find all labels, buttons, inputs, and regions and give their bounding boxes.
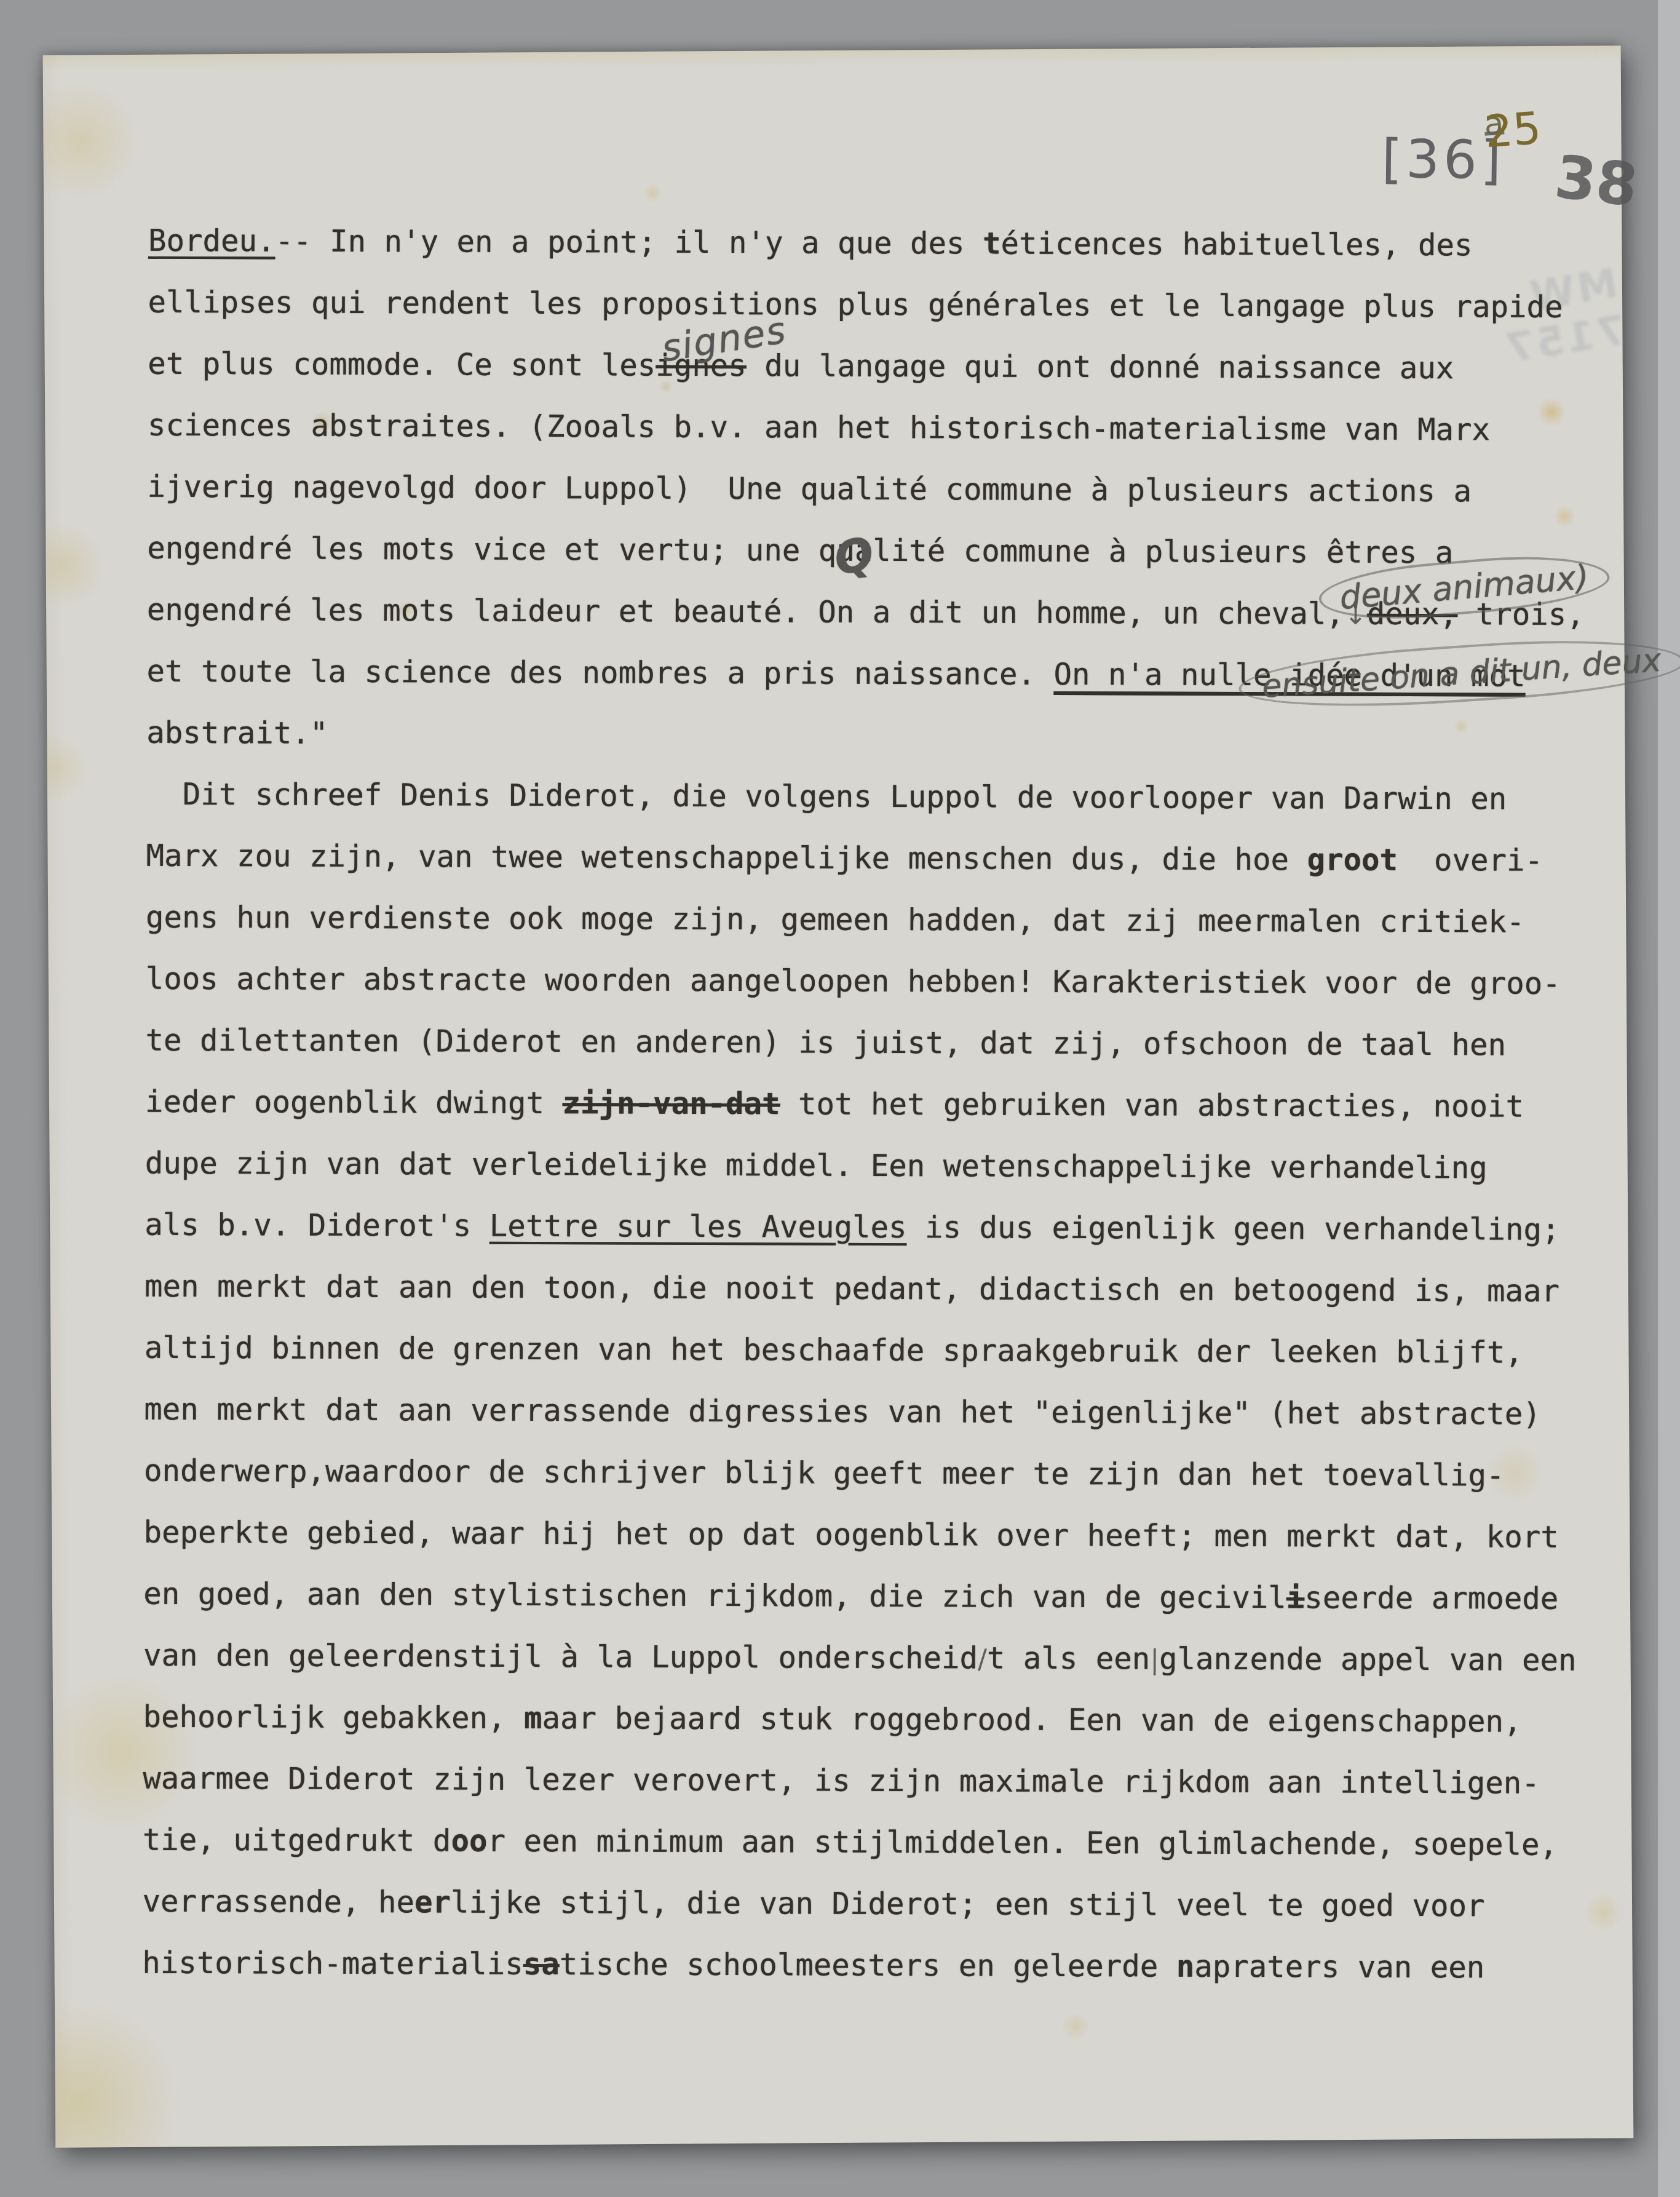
text-segment: n (1176, 1949, 1195, 1984)
scanner-bed-edge (1658, 0, 1680, 2197)
text-line: te dilettanten (Diderot en anderen) is j… (145, 1010, 1615, 1076)
text-segment: et plus commode. Ce sont les (148, 346, 656, 383)
text-line: gens hun verdienste ook moge zijn, gemee… (146, 887, 1615, 953)
text-segment: en goed, aan den stylistischen rijkdom, … (143, 1576, 1286, 1615)
text-segment: sa (523, 1947, 560, 1982)
text-segment: men merkt dat aan verrassende digressies… (144, 1392, 1541, 1432)
text-segment: Marx zou zijn, van twee wetenschappelijk… (146, 838, 1307, 878)
text-segment: zijn-van-dat (563, 1086, 780, 1121)
text-segment: beperkte gebied, waar hij het op dat oog… (144, 1515, 1559, 1555)
text-line: men merkt dat aan den toon, die nooit pe… (145, 1256, 1614, 1322)
typescript-text: Bordeu.-- In n'y en a point; il n'y a qu… (142, 210, 1618, 1999)
pencil-mark: | (1150, 1645, 1159, 1676)
text-segment: et toute la science des nombres a pris n… (146, 654, 1053, 692)
text-segment: i (1286, 1580, 1305, 1615)
text-segment: apraters van een (1194, 1949, 1484, 1985)
text-line: ieder oogenblik dwingt zijn-van-dat tot … (145, 1071, 1615, 1138)
text-segment: waarmee Diderot zijn lezer verovert, is … (143, 1761, 1540, 1801)
text-segment: als b.v. Diderot's (145, 1207, 489, 1244)
text-line: loos achter abstracte woorden aangeloope… (146, 948, 1615, 1015)
text-segment: men merkt dat aan den toon, die nooit pe… (145, 1269, 1559, 1309)
text-segment: ieder oogenblik dwingt (145, 1084, 563, 1121)
text-segment: groot (1307, 842, 1398, 878)
text-segment: t (983, 226, 1001, 261)
text-line: verrassende, heerlijke stijl, die van Di… (142, 1871, 1612, 1937)
text-line: Bordeu.-- In n'y en a point; il n'y a qu… (148, 210, 1618, 277)
text-segment: m (524, 1701, 542, 1736)
text-line: onderwerp,waardoor de schrijver blijk ge… (144, 1440, 1614, 1507)
text-line: en goed, aan den stylistischen rijkdom, … (143, 1563, 1613, 1630)
text-segment: t als een (987, 1641, 1151, 1677)
text-segment: altijd binnen de grenzen van het beschaa… (145, 1330, 1523, 1370)
text-line: dupe zijn van dat verleidelijke middel. … (145, 1133, 1615, 1199)
crossed-number-text: 25 (1483, 102, 1543, 158)
text-line: Dit schreef Denis Diderot, die volgens L… (146, 764, 1616, 830)
text-line: abstrait." (146, 702, 1616, 769)
text-segment: is dus eigenlijk geen verhandeling; (906, 1210, 1559, 1247)
text-line: men merkt dat aan verrassende digressies… (144, 1379, 1614, 1445)
text-line: ellipses qui rendent les propositions pl… (148, 272, 1617, 338)
text-line: Marx zou zijn, van twee wetenschappelijk… (146, 825, 1615, 892)
text-line: beperkte gebied, waar hij het op dat oog… (143, 1502, 1613, 1568)
typescript-paper-sheet: [36] 25a 38 MW 7157 Bordeu.-- In n'y en … (43, 46, 1634, 2148)
text-segment: loos achter abstracte woorden aangeloope… (146, 961, 1561, 1001)
text-segment: ijverig nagevolgd door Luppol) Une quali… (148, 469, 1472, 509)
text-line: altijd binnen de grenzen van het beschaa… (145, 1317, 1614, 1384)
text-segment: tie, uitgedrukt d (143, 1822, 451, 1859)
text-segment: abstrait." (146, 715, 328, 751)
text-line: als b.v. Diderot's Lettre sur les Aveugl… (145, 1194, 1614, 1261)
text-line: tie, uitgedrukt door een minimum aan sti… (143, 1810, 1612, 1876)
text-segment: verrassende, he (142, 1884, 414, 1920)
text-segment: Lettre sur les Aveugles (489, 1209, 907, 1245)
pencil-mark: / (978, 1644, 987, 1675)
text-segment: lijke stijl, die van Diderot; een stijl … (451, 1885, 1485, 1924)
text-segment: Bordeu. (148, 223, 275, 259)
crossed-out-page-number: 25a (1483, 105, 1507, 161)
text-segment: éticences habituelles, des (1000, 226, 1472, 263)
text-segment: aar bejaard stuk roggebrood. Een van de … (542, 1701, 1522, 1739)
text-segment: er (414, 1885, 451, 1920)
text-segment: dupe zijn van dat verleidelijke middel. … (145, 1146, 1488, 1186)
text-segment: historisch-materialis (142, 1945, 523, 1982)
text-line: waarmee Diderot zijn lezer verovert, is … (143, 1748, 1612, 1814)
text-line: ijverig nagevolgd door Luppol) Une quali… (147, 456, 1617, 523)
text-segment: overi- (1398, 843, 1543, 878)
text-segment: glanzende appel van een (1159, 1642, 1577, 1678)
paragraph: Dit schreef Denis Diderot, die volgens L… (142, 764, 1616, 1999)
text-segment: engendré les mots laideur et beauté. On … (147, 592, 1344, 632)
scanned-typescript-page: { "page": { "corner": { "bracket": "[36]… (0, 0, 1680, 2197)
text-segment: behoorlijk gebakken, (143, 1699, 525, 1736)
text-segment: van den geleerdenstijl à la Luppol onder… (143, 1638, 978, 1676)
text-line: sciences abstraites. (Zooals b.v. aan he… (148, 395, 1617, 461)
text-segment: te dilettanten (Diderot en anderen) is j… (145, 1023, 1506, 1063)
page-numbering-corner: [36] 25a 38 (43, 46, 1621, 55)
text-segment: tische schoolmeesters en geleerde (560, 1947, 1176, 1984)
text-line: behoorlijk gebakken, maar bejaard stuk r… (143, 1686, 1612, 1753)
typed-text-layer: Bordeu.-- In n'y en a point; il n'y a qu… (142, 210, 1618, 1999)
text-segment: sciences abstraites. (Zooals b.v. aan he… (148, 408, 1490, 448)
text-segment: -- In n'y en a point; il n'y a que des (275, 224, 983, 261)
pencil-replacement-number: 38 (1551, 142, 1641, 220)
text-line: historisch-materialissatische schoolmees… (142, 1933, 1612, 1999)
handwritten-overwrite-q: Q (831, 528, 877, 586)
text-segment: gens hun verdienste ook moge zijn, gemee… (146, 900, 1524, 940)
text-segment: tot het gebruiken van abstracties, nooit (780, 1086, 1524, 1124)
text-segment: du langage qui ont donné naissance aux (747, 348, 1454, 386)
text-segment: onderwerp,waardoor de schrijver blijk ge… (144, 1453, 1505, 1493)
text-segment: ellipses qui rendent les propositions pl… (148, 285, 1563, 325)
text-line: van den geleerdenstijl à la Luppol onder… (143, 1625, 1613, 1691)
text-segment: oo (451, 1824, 487, 1859)
text-segment: Dit schreef Denis Diderot, die volgens L… (146, 777, 1507, 817)
text-segment: seerde armoede (1304, 1580, 1558, 1616)
text-segment: engendré les mots vice et vertu; une qua… (147, 531, 1453, 570)
text-line: et plus commode. Ce sont lesignes du lan… (148, 333, 1617, 400)
text-segment: r een minimum aan stijlmiddelen. Een gli… (487, 1824, 1558, 1862)
